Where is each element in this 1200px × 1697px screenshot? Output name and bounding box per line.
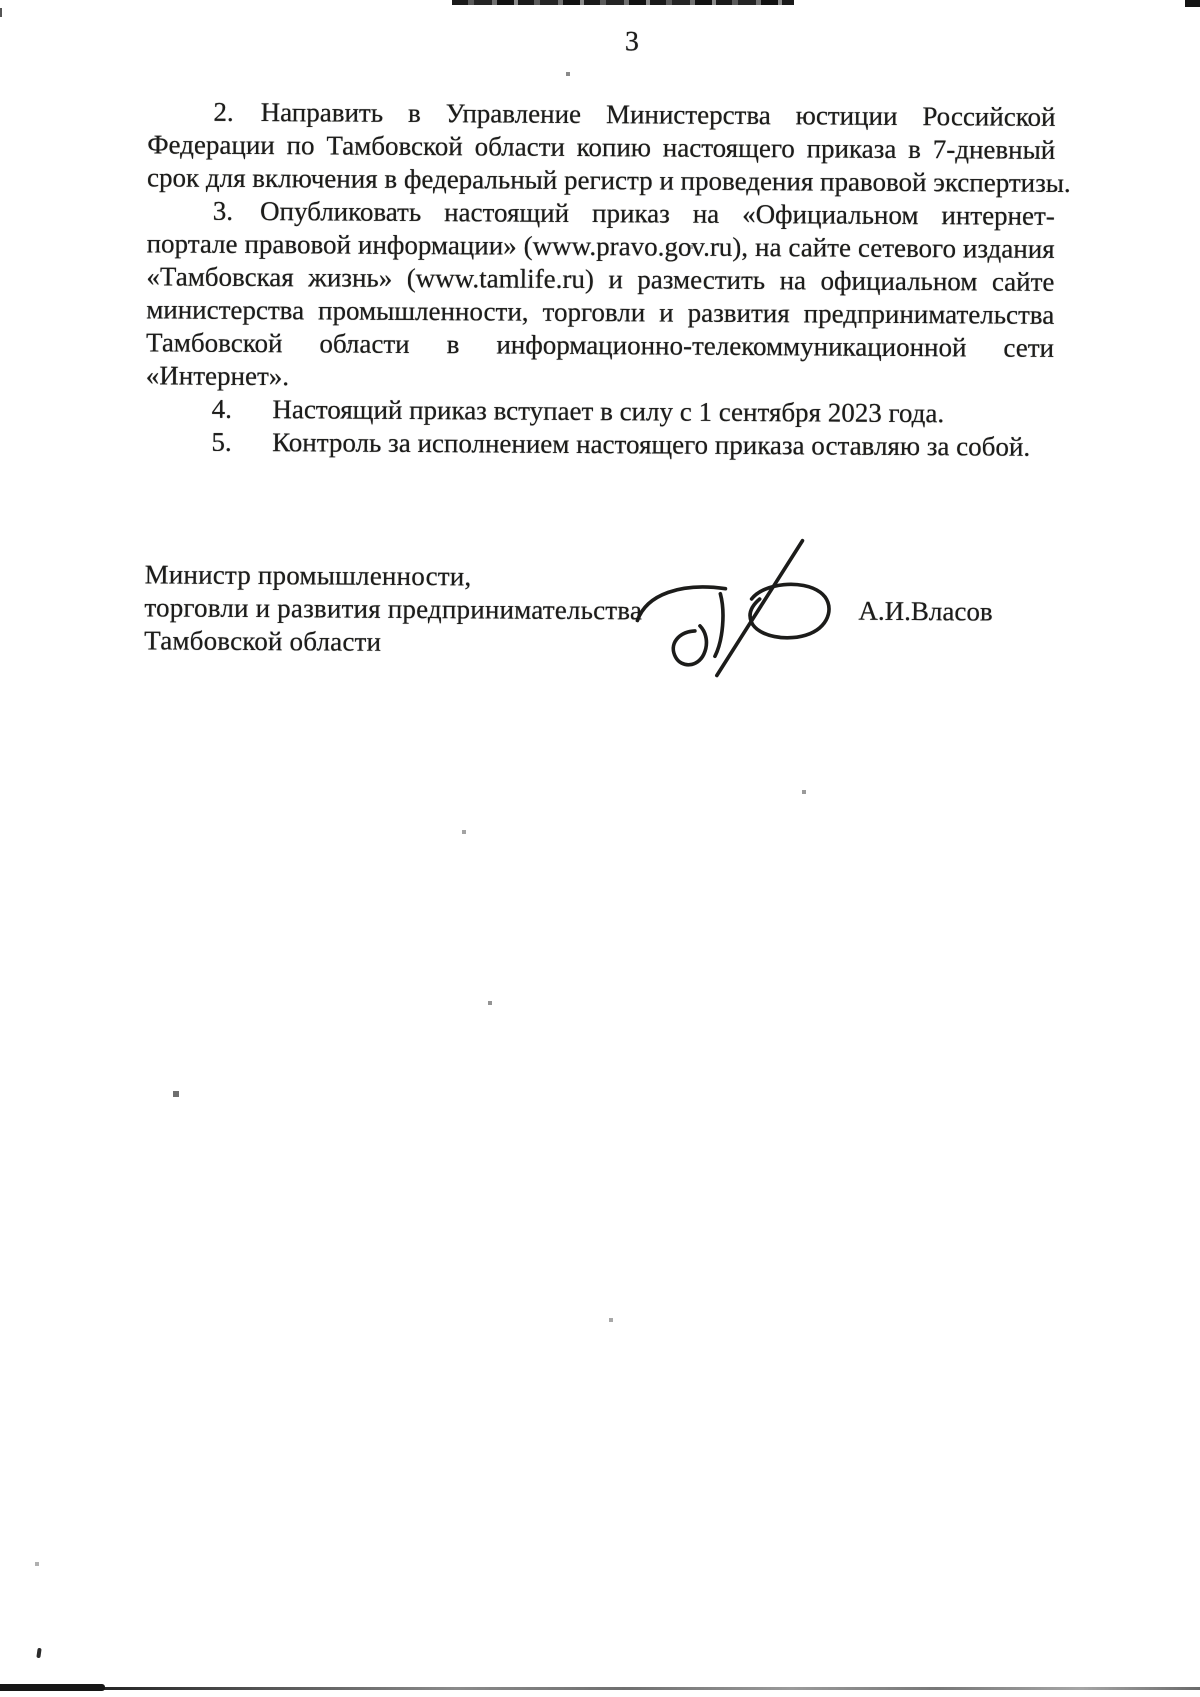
- text-line: срок для включения в федеральный регистр…: [147, 161, 1055, 200]
- text-line: «Тамбовская жизнь» (www.tamlife.ru) и ра…: [146, 260, 1054, 299]
- signature-block: Министр промышленности, торговли и разви…: [144, 558, 1053, 734]
- scan-speck-field: [0, 0, 2, 2]
- text-line: Федерации по Тамбовской области копию на…: [147, 128, 1055, 167]
- text-line: Тамбовской области в информационно-телек…: [146, 326, 1054, 365]
- scan-artifact-stray-mark: [36, 1648, 41, 1658]
- scan-artifact-left-tick: [0, 8, 2, 17]
- document-content: 3 2. Направить в Управление Министерства…: [144, 22, 1056, 734]
- text-line: 2. Направить в Управление Министерства ю…: [147, 95, 1055, 134]
- scanned-document-page: 3 2. Направить в Управление Министерства…: [0, 0, 1200, 1697]
- text-line: 4. Настоящий приказ вступает в силу с 1 …: [146, 392, 1054, 431]
- scan-artifact-top-bar: [452, 0, 794, 5]
- text-line: 5. Контроль за исполнением настоящего пр…: [145, 425, 1053, 464]
- signatory-title-line: Тамбовской области: [144, 624, 1052, 663]
- signatory-name: А.И.Власов: [858, 595, 992, 629]
- scan-artifact-bottom-left-blob: [0, 1684, 105, 1691]
- paragraph-item-5: 5. Контроль за исполнением настоящего пр…: [145, 425, 1053, 464]
- page-number: 3: [148, 22, 1056, 61]
- text-line: 3. Опубликовать настоящий приказ на «Офи…: [147, 194, 1055, 233]
- text-line: министерства промышленности, торговли и …: [146, 293, 1054, 332]
- paragraph-item-4: 4. Настоящий приказ вступает в силу с 1 …: [146, 392, 1054, 431]
- paragraph-item-3: 3. Опубликовать настоящий приказ на «Офи…: [146, 194, 1055, 398]
- text-line: «Интернет».: [146, 359, 1054, 398]
- scan-artifact-top-right-mark: [1185, 0, 1200, 7]
- text-line: портале правовой информации» (www.pravo.…: [147, 227, 1055, 266]
- scan-artifact-bottom-line: [0, 1687, 1200, 1690]
- handwritten-signature: [632, 535, 845, 678]
- signatory-title-line: Министр промышленности,: [145, 558, 1053, 597]
- paragraph-item-2: 2. Направить в Управление Министерства ю…: [147, 95, 1056, 200]
